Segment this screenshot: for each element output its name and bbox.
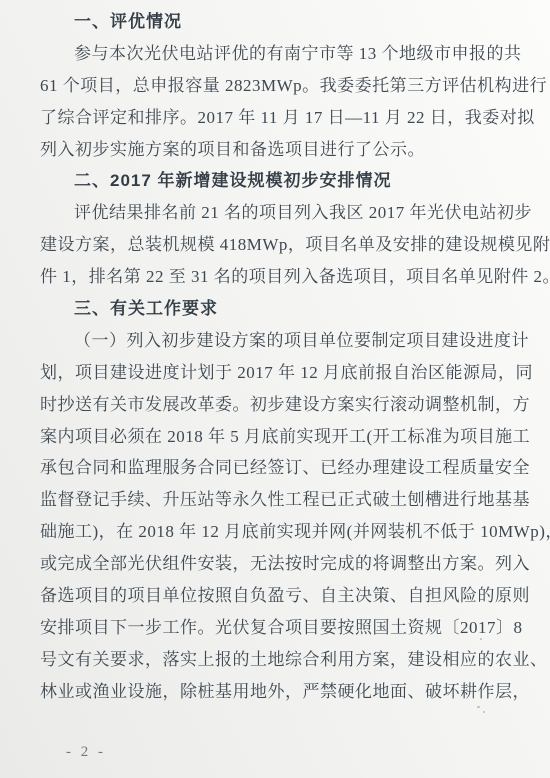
text-line: 建设方案，总装机规模 418MWp，项目名单及安排的建设规模见附	[40, 229, 511, 261]
text-line: 参与本次光伏电站评优的有南宁市等 13 个地级市申报的共	[40, 38, 511, 70]
text-line: 备选项目的项目单位按照自负盈亏、自主决策、自担风险的原则	[40, 580, 511, 612]
scanned-document-page: 一、评优情况 参与本次光伏电站评优的有南宁市等 13 个地级市申报的共 61 个…	[0, 0, 550, 778]
text-line: 61 个项目，总申报容量 2823MWp。我委委托第三方评估机构进行	[40, 70, 511, 102]
text-line: 件 1，排名第 22 至 31 名的项目列入备选项目，项目名单见附件 2。	[40, 261, 511, 293]
text-line: 或完成全部光伏组件安装，无法按时完成的将调整出方案。列入	[40, 548, 511, 580]
text-line: 划，项目建设进度计划于 2017 年 12 月底前报自治区能源局，同	[40, 357, 511, 389]
text-line: 时抄送有关市发展改革委。初步建设方案实行滚动调整机制，方	[40, 389, 511, 421]
page-number: - 2 -	[66, 744, 106, 761]
section-1-heading: 一、评优情况	[40, 6, 511, 38]
text-line: 承包合同和监理服务合同已经签订、已经办理建设工程质量安全	[40, 452, 511, 484]
text-line: 监督登记手续、升压站等永久性工程已正式破土刨槽进行地基基	[40, 484, 511, 516]
scan-speck	[477, 706, 480, 708]
text-line: 础施工)，在 2018 年 12 月底前实现并网(并网装机不低于 10MWp)，	[40, 516, 511, 548]
text-line: 了综合评定和排序。2017 年 11 月 17 日—11 月 22 日，我委对拟	[40, 102, 511, 134]
text-line: 列入初步实施方案的项目和备选项目进行了公示。	[40, 134, 511, 166]
scan-speck	[480, 638, 482, 640]
document-text-block: 一、评优情况 参与本次光伏电站评优的有南宁市等 13 个地级市申报的共 61 个…	[40, 6, 511, 708]
text-line: 案内项目必须在 2018 年 5 月底前实现开工(开工标准为项目施工	[40, 421, 511, 453]
text-line: 安排项目下一步工作。光伏复合项目要按照国土资规〔2017〕8	[40, 612, 511, 644]
section-3-heading: 三、有关工作要求	[40, 293, 511, 325]
text-line: 号文有关要求，落实上报的土地综合利用方案，建设相应的农业、	[40, 644, 511, 676]
text-line: 评优结果排名前 21 名的项目列入我区 2017 年光伏电站初步	[40, 197, 511, 229]
text-line: 林业或渔业设施，除桩基用地外，严禁硬化地面、破坏耕作层，	[40, 676, 511, 708]
section-2-heading: 二、2017 年新增建设规模初步安排情况	[40, 165, 511, 197]
text-line: （一）列入初步建设方案的项目单位要制定项目建设进度计	[40, 325, 511, 357]
scan-speck	[483, 711, 485, 713]
